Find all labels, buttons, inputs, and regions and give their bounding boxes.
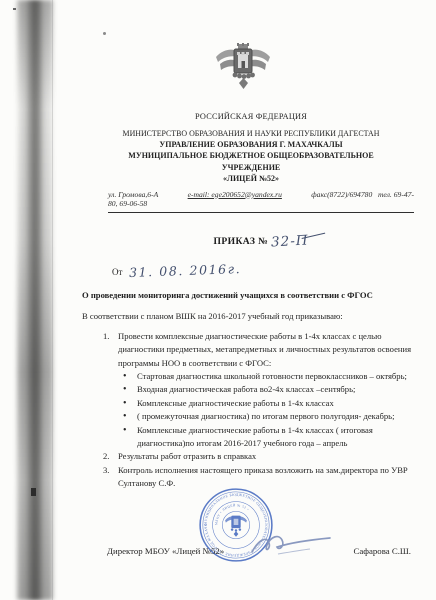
item-number: 2. — [103, 450, 109, 463]
bullet-item: Входная диагностическая работа во2-4х кл… — [118, 383, 420, 396]
header-institution-line1: МУНИЦИПАЛЬНОЕ БЮДЖЕТНОЕ ОБЩЕОБРАЗОВАТЕЛЬ… — [82, 150, 420, 161]
stamp-crest-icon — [225, 516, 247, 537]
item-1-bullets: Стартовая диагностика школьной готовност… — [118, 370, 420, 450]
order-item-1: 1. Провести комплексные диагностические … — [82, 330, 420, 451]
item-text: Результаты работ отразить в справках — [118, 451, 256, 461]
header-institution-name: «ЛИЦЕЙ №52» — [82, 173, 420, 184]
contacts-block: ул. Громова,6-А e-mail: ege200652@yandex… — [108, 190, 414, 213]
scan-speck — [31, 488, 36, 496]
scanned-order-document: РОССИЙСКАЯ ФЕДЕРАЦИЯ МИНИСТЕРСТВО ОБРАЗО… — [0, 0, 436, 600]
order-subject: О проведении мониторинга достижений учащ… — [82, 290, 420, 300]
header-department: УПРАВЛЕНИЕ ОБРАЗОВАНИЯ Г. МАХАЧКАЛЫ — [82, 139, 420, 150]
order-item-2: 2. Результаты работ отразить в справках — [82, 450, 420, 463]
contact-fax: факс(8722)/694780 — [311, 190, 372, 199]
document-content: РОССИЙСКАЯ ФЕДЕРАЦИЯ МИНИСТЕРСТВО ОБРАЗО… — [82, 0, 420, 491]
scan-speck — [13, 8, 16, 10]
bullet-item: ( промежуточная диагностика) по итогам п… — [118, 410, 420, 423]
signature-title: Директор МБОУ «Лицей №52» — [107, 546, 224, 556]
order-label: ПРИКАЗ № — [213, 236, 268, 247]
item-text: Провести комплексные диагностические раб… — [118, 331, 411, 368]
order-preamble: В соответствии с планом ВШК на 2016-2017… — [82, 311, 420, 321]
bullet-item: Комплексные диагностические работы в 1-4… — [118, 397, 420, 410]
signature-name: Сафарова С.Ш. — [354, 546, 411, 556]
item-number: 3. — [103, 464, 109, 477]
header-ministry: МИНИСТЕРСТВО ОБРАЗОВАНИЯ И НАУКИ РЕСПУБЛ… — [82, 129, 420, 138]
order-date-label: От — [112, 267, 122, 277]
contact-phone-part1: тел. 69-47- — [378, 190, 414, 199]
bullet-item: Стартовая диагностика школьной готовност… — [118, 370, 420, 383]
order-number-handwritten: 32-П — [271, 231, 327, 250]
signature-row: Директор МБОУ «Лицей №52» Сафарова С.Ш. — [82, 546, 420, 556]
item-number: 1. — [103, 330, 109, 343]
header-institution-line2: УЧРЕЖДЕНИЕ — [82, 162, 420, 173]
scan-artifact-shade — [17, 0, 53, 600]
contact-email: e-mail: ege200652@yandex.ru — [188, 190, 282, 200]
coat-of-arms-icon — [213, 42, 273, 90]
contact-address: ул. Громова,6-А — [108, 190, 158, 200]
header-country: РОССИЙСКАЯ ФЕДЕРАЦИЯ — [82, 112, 420, 121]
contact-phone-part2: 80, 69-06-58 — [108, 199, 414, 209]
order-items: 1. Провести комплексные диагностические … — [82, 330, 420, 491]
scan-artifact-line — [52, 0, 53, 600]
bullet-item: Комплексные диагностические работы в 1-4… — [118, 424, 420, 451]
item-text: Контроль исполнения настоящего приказа в… — [118, 465, 408, 488]
order-date-handwritten: 31. 08. 2016г. — [128, 261, 241, 280]
